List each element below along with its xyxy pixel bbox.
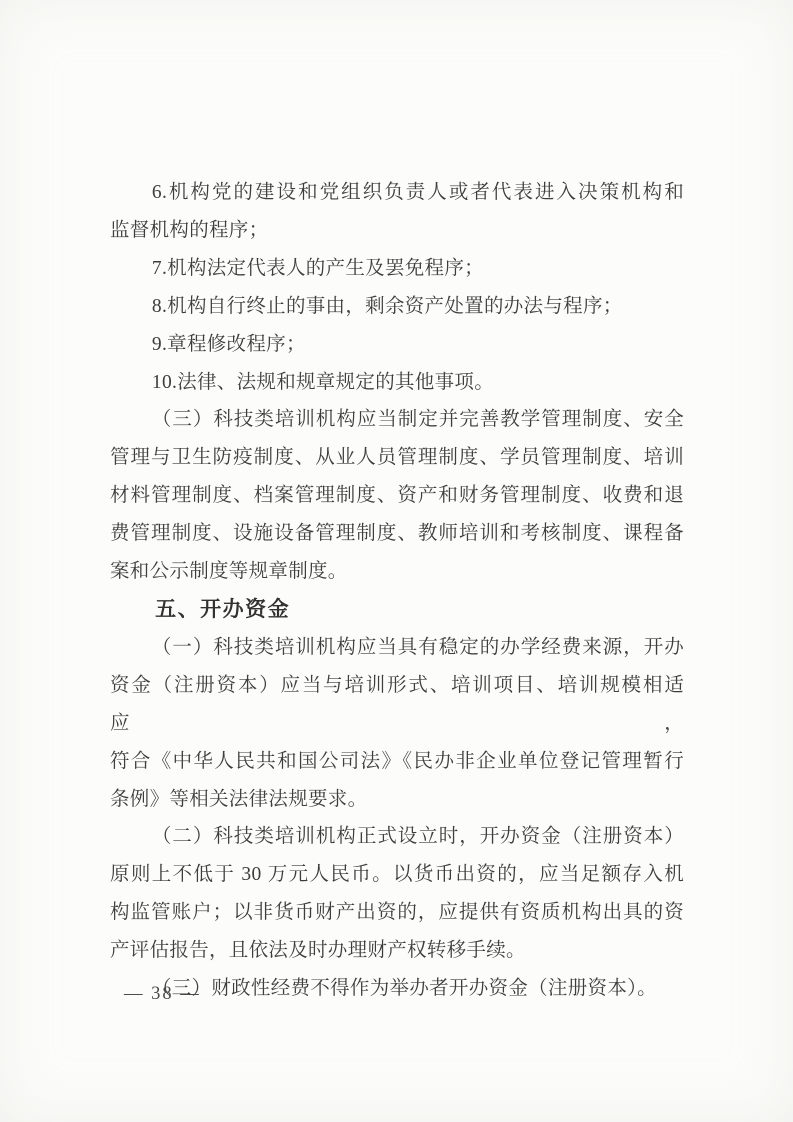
text-line: 符合《中华人民共和国公司法》《民办非企业单位登记管理暂行 [110,743,684,781]
text-line: 9.章程修改程序； [110,326,684,364]
text-line: （二）科技类培训机构正式设立时，开办资金（注册资本） [110,818,684,856]
page-number: — 38 — [124,984,201,1005]
text-line: 案和公示制度等规章制度。 [110,553,684,591]
text-line: （三）科技类培训机构应当制定并完善教学管理制度、安全 [110,401,684,439]
document-page: 6.机构党的建设和党组织负责人或者代表进入决策机构和监督机构的程序；7.机构法定… [0,0,793,1122]
text-line: 8.机构自行终止的事由，剩余资产处置的办法与程序； [110,288,684,326]
text-line: 10.法律、法规和规章规定的其他事项。 [110,364,684,402]
text-line: 监督机构的程序； [110,212,684,250]
text-line: 6.机构党的建设和党组织负责人或者代表进入决策机构和 [110,174,684,212]
text-line: 构监管账户；以非货币财产出资的，应提供有资质机构出具的资 [110,894,684,932]
text-line: 原则上不低于 30 万元人民币。以货币出资的，应当足额存入机 [110,856,684,894]
text-line: 7.机构法定代表人的产生及罢免程序； [110,250,684,288]
text-line: 材料管理制度、档案管理制度、资产和财务管理制度、收费和退 [110,477,684,515]
document-content: 6.机构党的建设和党组织负责人或者代表进入决策机构和监督机构的程序；7.机构法定… [110,174,684,1008]
section-heading: 五、开办资金 [110,591,684,629]
text-line: （一）科技类培训机构应当具有稳定的办学经费来源，开办 [110,629,684,667]
text-line: 条例》等相关法律法规要求。 [110,781,684,819]
text-line: 管理与卫生防疫制度、从业人员管理制度、学员管理制度、培训 [110,439,684,477]
text-line: 资金（注册资本）应当与培训形式、培训项目、培训规模相适应， [110,667,684,743]
text-line: 产评估报告，且依法及时办理财产权转移手续。 [110,932,684,970]
text-line: 费管理制度、设施设备管理制度、教师培训和考核制度、课程备 [110,515,684,553]
